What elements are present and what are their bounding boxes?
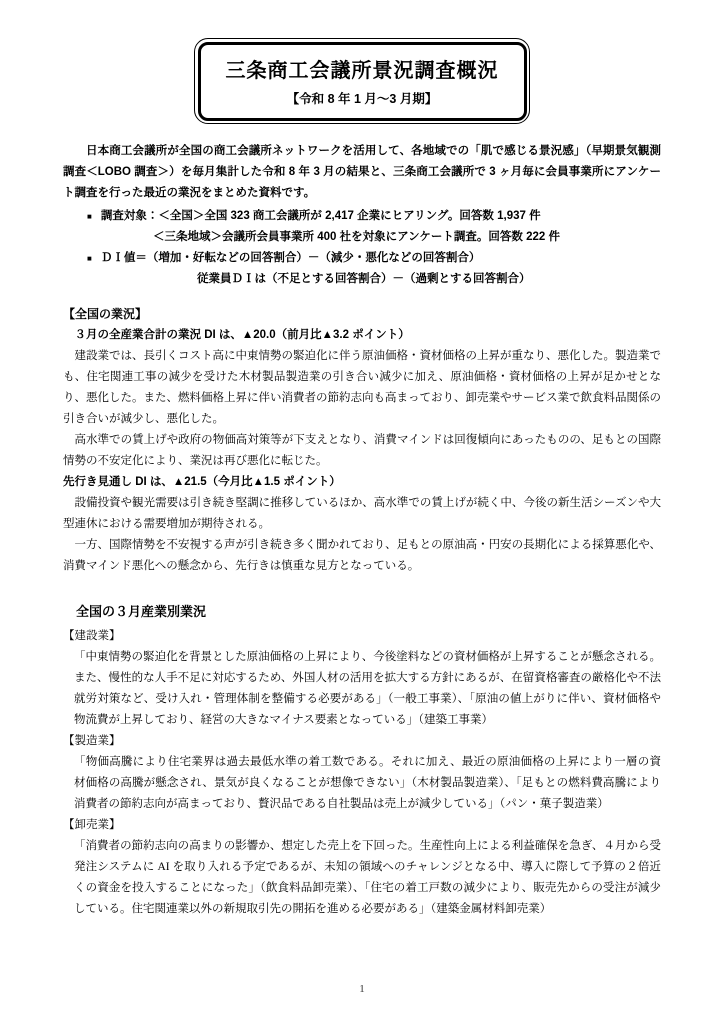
industry-comment: 「消費者の節約志向の高まりの影響か、想定した売上を下回った。生産性向上による利益… xyxy=(63,836,661,920)
page-number: 1 xyxy=(0,979,724,1000)
industry-label: 【製造業】 xyxy=(63,731,661,752)
current-paragraph: 建設業では、長引くコスト高に中東情勢の緊迫化に伴う原油価格・資材価格の上昇が重な… xyxy=(63,346,661,430)
survey-bullets: ■ 調査対象：＜全国＞全国 323 商工会議所が 2,417 企業にヒアリング。… xyxy=(63,206,661,290)
lead-paragraph: 日本商工会議所が全国の商工会議所ネットワークを活用して、各地域での「肌で感じる景… xyxy=(63,141,661,204)
current-di-headline: ３月の全産業合計の業況 DI は、▲20.0（前月比▲3.2 ポイント） xyxy=(63,325,661,346)
title-box: 三条商工会議所景況調査概況 【令和 8 年 1 月～3 月期】 xyxy=(194,38,530,124)
industry-label: 【建設業】 xyxy=(63,626,661,647)
industry-comment: 「物価高騰により住宅業界は過去最低水準の着工数である。それに加え、最近の原油価格… xyxy=(63,752,661,815)
current-paragraph: 高水準での賃上げや政府の物価高対策等が下支えとなり、消費マインドは回復傾向にあっ… xyxy=(63,430,661,472)
bullet-text: ＤＩ値＝（増加・好転などの回答割合）－（減少・悪化などの回答割合） xyxy=(101,248,481,269)
industry-section-heading: 全国の３月産業別業況 xyxy=(63,601,661,622)
bullet-item: ■ ＤＩ値＝（増加・好転などの回答割合）－（減少・悪化などの回答割合） xyxy=(63,248,661,269)
document-period-subtitle: 【令和 8 年 1 月～3 月期】 xyxy=(207,90,518,108)
document-page: 三条商工会議所景況調査概況 【令和 8 年 1 月～3 月期】 日本商工会議所が… xyxy=(0,0,724,1024)
bullet-square-icon: ■ xyxy=(87,248,92,269)
outlook-paragraph: 設備投資や観光需要は引き続き堅調に推移しているほか、高水準での賃上げが続く中、今… xyxy=(63,493,661,535)
bullet-subtext: ＜三条地域＞会議所会員事業所 400 社を対象にアンケート調査。回答数 222 … xyxy=(63,227,661,248)
bullet-square-icon: ■ xyxy=(87,206,92,227)
national-overview-heading: 【全国の業況】 xyxy=(63,304,661,325)
industry-comment: 「中東情勢の緊迫化を背景とした原油価格の上昇により、今後塗料などの資材価格が上昇… xyxy=(63,647,661,731)
industry-label: 【卸売業】 xyxy=(63,815,661,836)
bullet-text: 調査対象：＜全国＞全国 323 商工会議所が 2,417 企業にヒアリング。回答… xyxy=(101,206,541,227)
outlook-di-headline: 先行き見通し DI は、▲21.5（今月比▲1.5 ポイント） xyxy=(63,472,661,493)
title-box-inner: 三条商工会議所景況調査概況 【令和 8 年 1 月～3 月期】 xyxy=(198,42,527,121)
page-content: 三条商工会議所景況調査概況 【令和 8 年 1 月～3 月期】 日本商工会議所が… xyxy=(0,0,724,920)
bullet-subtext: 従業員ＤＩは（不足とする回答割合）－（過剰とする回答割合） xyxy=(63,269,661,290)
bullet-item: ■ 調査対象：＜全国＞全国 323 商工会議所が 2,417 企業にヒアリング。… xyxy=(63,206,661,227)
outlook-paragraph: 一方、国際情勢を不安視する声が引き続き多く聞かれており、足もとの原油高・円安の長… xyxy=(63,535,661,577)
document-title: 三条商工会議所景況調査概況 xyxy=(207,58,518,84)
